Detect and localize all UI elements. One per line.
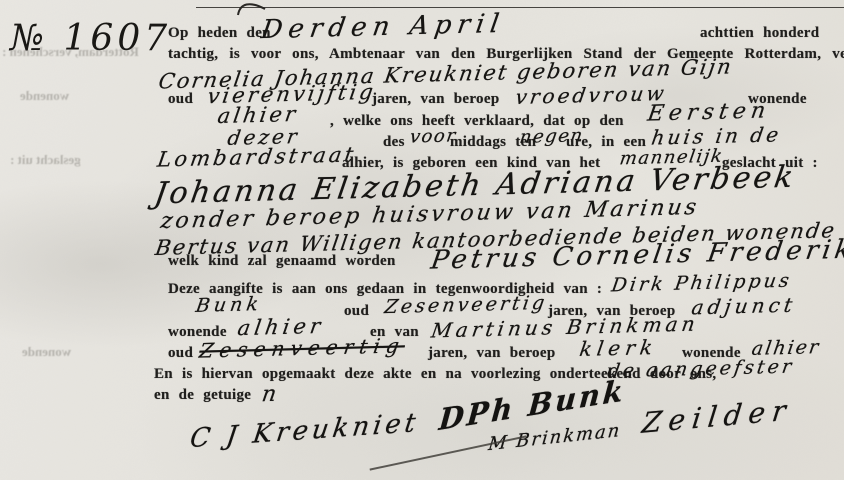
line-des: des (383, 133, 405, 151)
line-g1-beroep: adjunct (692, 294, 796, 318)
line-getuige-slot: en de getuige (154, 386, 251, 404)
bleedthrough-text: wonende (20, 88, 69, 104)
handwritten-declarant-beroep: vroedvrouw (514, 81, 669, 109)
line-date-printed-b: achttien honderd (700, 24, 819, 42)
signature-official: Zeilder (640, 393, 794, 440)
line-g1-oud: oud (344, 302, 369, 320)
handwritten-de-aangeefster: de aangeefster (606, 356, 796, 383)
line-getuige-suffix: n (262, 382, 278, 407)
line-g2-jaren: jaren, van beroep (428, 344, 555, 362)
act-number-text: № 1607 (10, 18, 171, 59)
handwritten-getuige-suffix: n (260, 382, 279, 407)
handwritten-getuige1-beroep: adjunct (690, 293, 798, 320)
line-dag-hand: Eersten (648, 100, 770, 125)
printed-oud: oud (344, 303, 369, 319)
printed-oud: oud (168, 345, 193, 361)
handwritten-getuige2-naam: Martinus Brinkman (430, 312, 701, 343)
line-age-beroep: oud (168, 90, 193, 108)
line-beroep-hand: vroedvrouw (516, 83, 666, 107)
line-alhier-hand: alhier (218, 103, 298, 127)
printed-welk-kind: welk kind zal genaamd worden (168, 253, 396, 269)
printed-achttien-honderd: achttien honderd (700, 25, 819, 41)
line-g1-age: Zesenveertig (385, 294, 547, 316)
line-huis-hand: huis in de (652, 124, 781, 148)
printed-jaren-van-beroep: jaren, van beroep (372, 91, 499, 107)
line-kind-printed: welk kind zal genaamd worden (168, 252, 396, 270)
line-getuige1-voornamen: Dirk Philippus (612, 272, 792, 294)
handwritten-getuige1-achternaam: Bunk (194, 293, 264, 317)
line-jaren-beroep: jaren, van beroep (372, 90, 499, 108)
printed-des: des (383, 134, 405, 150)
act-number: № 1607 (10, 18, 171, 59)
bleedthrough-text: geslacht uit : (10, 152, 81, 168)
line-getuige1-achternaam: Bunk (196, 294, 262, 316)
printed-en-de-getuige: en de getuige (154, 387, 251, 403)
line-g2-age: Zesenveertig (200, 336, 404, 360)
line-g2-beroep: klerk (580, 336, 657, 360)
printed-oud: oud (168, 91, 193, 107)
line-g2-oud: oud (168, 344, 193, 362)
birth-certificate-scan: Rotterdam, verschenen : wonende geslacht… (0, 0, 844, 480)
line-straat-hand: Lombardstraat (158, 145, 356, 169)
bleedthrough-text: wonende (22, 344, 71, 360)
handwritten-getuige1-voornamen: Dirk Philippus (610, 270, 794, 297)
printed-jaren-van-beroep: jaren, van beroep (428, 345, 555, 361)
signature-declarant: C J Kreukniet (188, 408, 421, 454)
printed-op-heden-den: Op heden den (168, 25, 271, 41)
line-date-hand: Derden April (262, 12, 504, 42)
handwritten-date: Derden April (259, 9, 507, 45)
top-divider-rule (196, 7, 844, 8)
handwritten-getuige2-age: Zesenveertig (198, 333, 407, 362)
line-aangeefster-hand: de aangeefster (608, 358, 794, 380)
line-date-printed-a: Op heden den (168, 24, 271, 42)
line-kind-hand: Petrus Cornelis Frederik. (432, 240, 844, 270)
